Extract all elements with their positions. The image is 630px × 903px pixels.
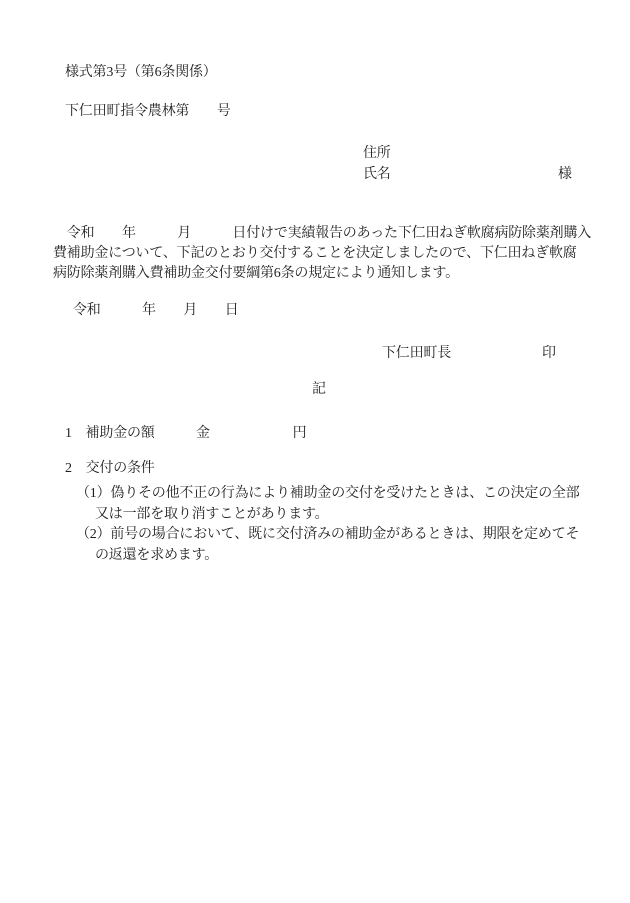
- body-paragraph-line-3: 病防除薬剤購入費補助金交付要綱第6条の規定により通知します。: [53, 266, 459, 281]
- item-subsidy-amount: 1 補助金の額 金 円: [65, 426, 306, 441]
- record-heading: 記: [312, 382, 326, 397]
- issuer-title: 下仁田町長: [382, 346, 451, 361]
- issue-date-line: 令和 年 月 日: [73, 303, 239, 318]
- addressee-name-label: 氏名: [363, 167, 391, 182]
- condition-2-line-1: （2）前号の場合において、既に交付済みの補助金があるときは、期限を定めてそ: [76, 527, 579, 542]
- condition-1-line-1: （1）偽りその他不正の行為により補助金の交付を受けたときは、この決定の全部: [76, 486, 580, 501]
- addressee-honorific: 様: [558, 167, 572, 182]
- addressee-address-label: 住所: [363, 146, 391, 161]
- body-paragraph-line-1: 令和 年 月 日付けで実績報告のあった下仁田ねぎ軟腐病防除薬剤購入: [53, 226, 591, 241]
- condition-1-line-2: 又は一部を取り消すことがあります。: [95, 507, 328, 522]
- body-paragraph-line-2: 費補助金について、下記のとおり交付することを決定しましたので、下仁田ねぎ軟腐: [53, 246, 577, 261]
- directive-number-line: 下仁田町指令農林第 号: [65, 104, 231, 119]
- item-conditions-heading: 2 交付の条件: [65, 461, 155, 476]
- document-page: 様式第3号（第6条関係） 下仁田町指令農林第 号 住所 氏名 様 令和 年 月 …: [0, 0, 630, 903]
- seal-placeholder: 印: [542, 346, 556, 361]
- form-number: 様式第3号（第6条関係）: [65, 65, 217, 80]
- condition-2-line-2: の返還を求めます。: [95, 548, 218, 563]
